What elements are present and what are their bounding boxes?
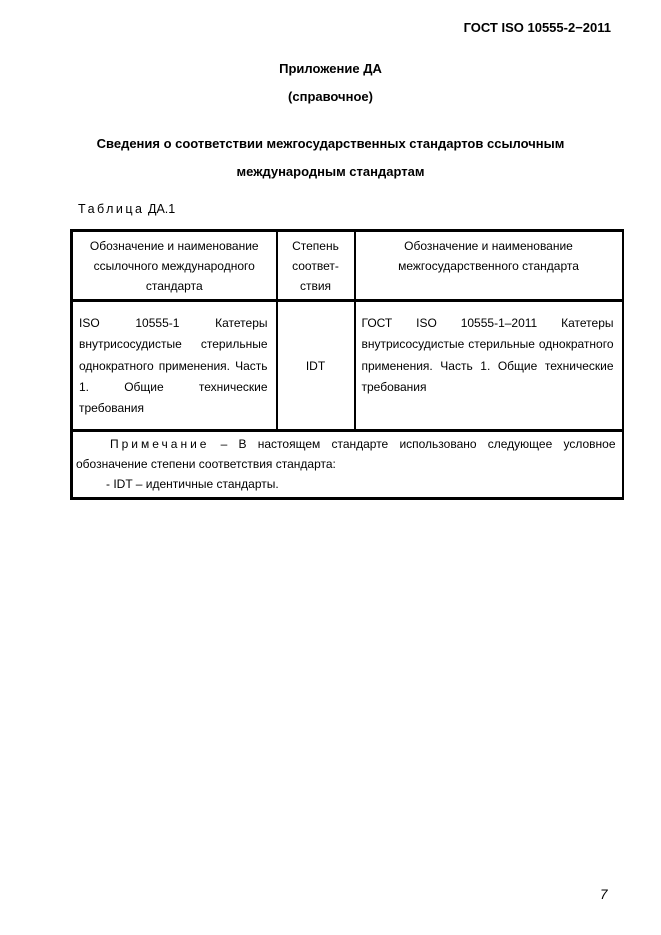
column-header-reference-standard: Обозначение и наименование ссылочного ме… — [72, 231, 277, 301]
column-header-line: Степень — [282, 236, 350, 256]
document-page: ГОСТ ISO 10555-2−2011 Приложение ДА (спр… — [0, 0, 661, 935]
table-caption: Таблица ДА.1 — [78, 202, 175, 216]
appendix-heading-line-2: международным стандартам — [30, 158, 631, 186]
column-header-line: Обозначение и наименование — [360, 236, 618, 256]
column-header-interstate-standard: Обозначение и наименование межгосударств… — [355, 231, 623, 301]
conformity-degree-cell: IDT — [277, 301, 355, 431]
appendix-heading-line-1: Сведения о соответствии межгосударственн… — [30, 130, 631, 158]
note-cell: Примечание – В настоящем стандарте испол… — [72, 431, 623, 499]
table-caption-number: ДА.1 — [148, 202, 175, 216]
table-header-row: Обозначение и наименование ссылочного ме… — [72, 231, 623, 301]
table-note-row: Примечание – В настоящем стандарте испол… — [72, 431, 623, 499]
note-label: Примечание — [110, 437, 209, 451]
column-header-line: межгосударственного стандарта — [360, 256, 618, 276]
note-paragraph: Примечание – В настоящем стандарте испол… — [76, 434, 616, 474]
appendix-label: Приложение ДА — [0, 61, 661, 76]
table-caption-label: Таблица — [78, 202, 145, 216]
conformity-table: Обозначение и наименование ссылочного ме… — [70, 229, 624, 500]
column-header-line: ствия — [282, 276, 350, 296]
column-header-line: ссылочного международного — [77, 256, 272, 276]
table-row: ISO 10555-1 Катетеры внутрисосудистые ст… — [72, 301, 623, 431]
appendix-heading: Сведения о соответствии межгосударственн… — [30, 130, 631, 186]
page-number: 7 — [600, 887, 608, 902]
document-code: ГОСТ ISO 10555-2−2011 — [464, 20, 611, 35]
appendix-type: (справочное) — [0, 89, 661, 104]
note-item: - IDT – идентичные стандарты. — [76, 474, 616, 494]
column-header-line: стандарта — [77, 276, 272, 296]
column-header-conformity-degree: Степень соответ- ствия — [277, 231, 355, 301]
column-header-line: соответ- — [282, 256, 350, 276]
interstate-standard-cell: ГОСТ ISO 10555-1–2011 Катетеры внутрисос… — [355, 301, 623, 431]
column-header-line: Обозначение и наименование — [77, 236, 272, 256]
reference-standard-cell: ISO 10555-1 Катетеры внутрисосудистые ст… — [72, 301, 277, 431]
